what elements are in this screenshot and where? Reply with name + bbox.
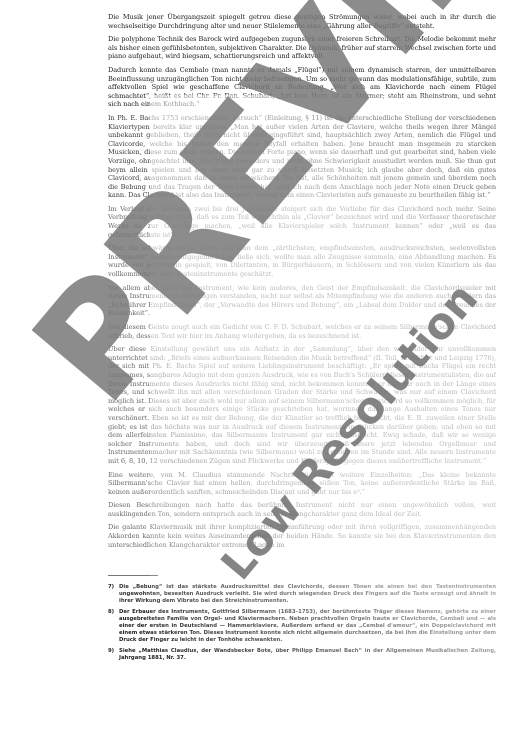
paragraph-3: Dadurch konnte das Cembalo (man nannte e… — [108, 66, 496, 109]
footnote-number: 8) — [108, 609, 119, 644]
paragraph-2: Die polyphone Technik des Barock wird au… — [108, 35, 496, 61]
paragraph-9: Über diese Einstellung gewährt uns ein A… — [108, 345, 496, 465]
footnote-text: Die „Bebung“ ist das stärkste Ausdrucksm… — [119, 584, 496, 605]
paragraph-8: Von diesem Geiste zeugt auch ein Gedicht… — [108, 323, 496, 340]
footnote-divider — [108, 575, 158, 576]
footnote-7: 7) Die „Bebung“ ist das stärkste Ausdruc… — [108, 584, 496, 605]
paragraph-5: Im Verlauf der nächsten zwei bis drei Ja… — [108, 205, 496, 239]
footnote-number: 7) — [108, 584, 119, 605]
footnote-8: 8) Der Erbauer des Instruments, Gottfrie… — [108, 609, 496, 644]
paragraph-11: Diesen Beschreibungen nach hatte das ber… — [108, 501, 496, 518]
paragraph-4: In Ph. E. Bachs 1753 erschienenem „Versu… — [108, 114, 496, 200]
footnote-number: 9) — [108, 648, 119, 662]
footnote-text: Der Erbauer des Instruments, Gottfried S… — [119, 609, 496, 644]
footnote-text: Siehe „Matthias Claudius, der Wandsbecke… — [119, 648, 496, 662]
paragraph-1: Die Musik jener Übergangszeit spiegelt g… — [108, 13, 496, 30]
paragraph-6: Über die schwärmerische Liebe, die man d… — [108, 244, 496, 278]
paragraph-7: Vor allem aber fühlt das Instrument, wie… — [108, 284, 496, 318]
paragraph-10: Eine weitere, von M. Claudius stammende … — [108, 471, 496, 497]
footnote-9: 9) Siehe „Matthias Claudius, der Wandsbe… — [108, 648, 496, 662]
paragraph-12: Die galante Klaviermusik mit ihrer kompl… — [108, 523, 496, 549]
document-page: Die Musik jener Übergangszeit spiegelt g… — [108, 13, 496, 666]
